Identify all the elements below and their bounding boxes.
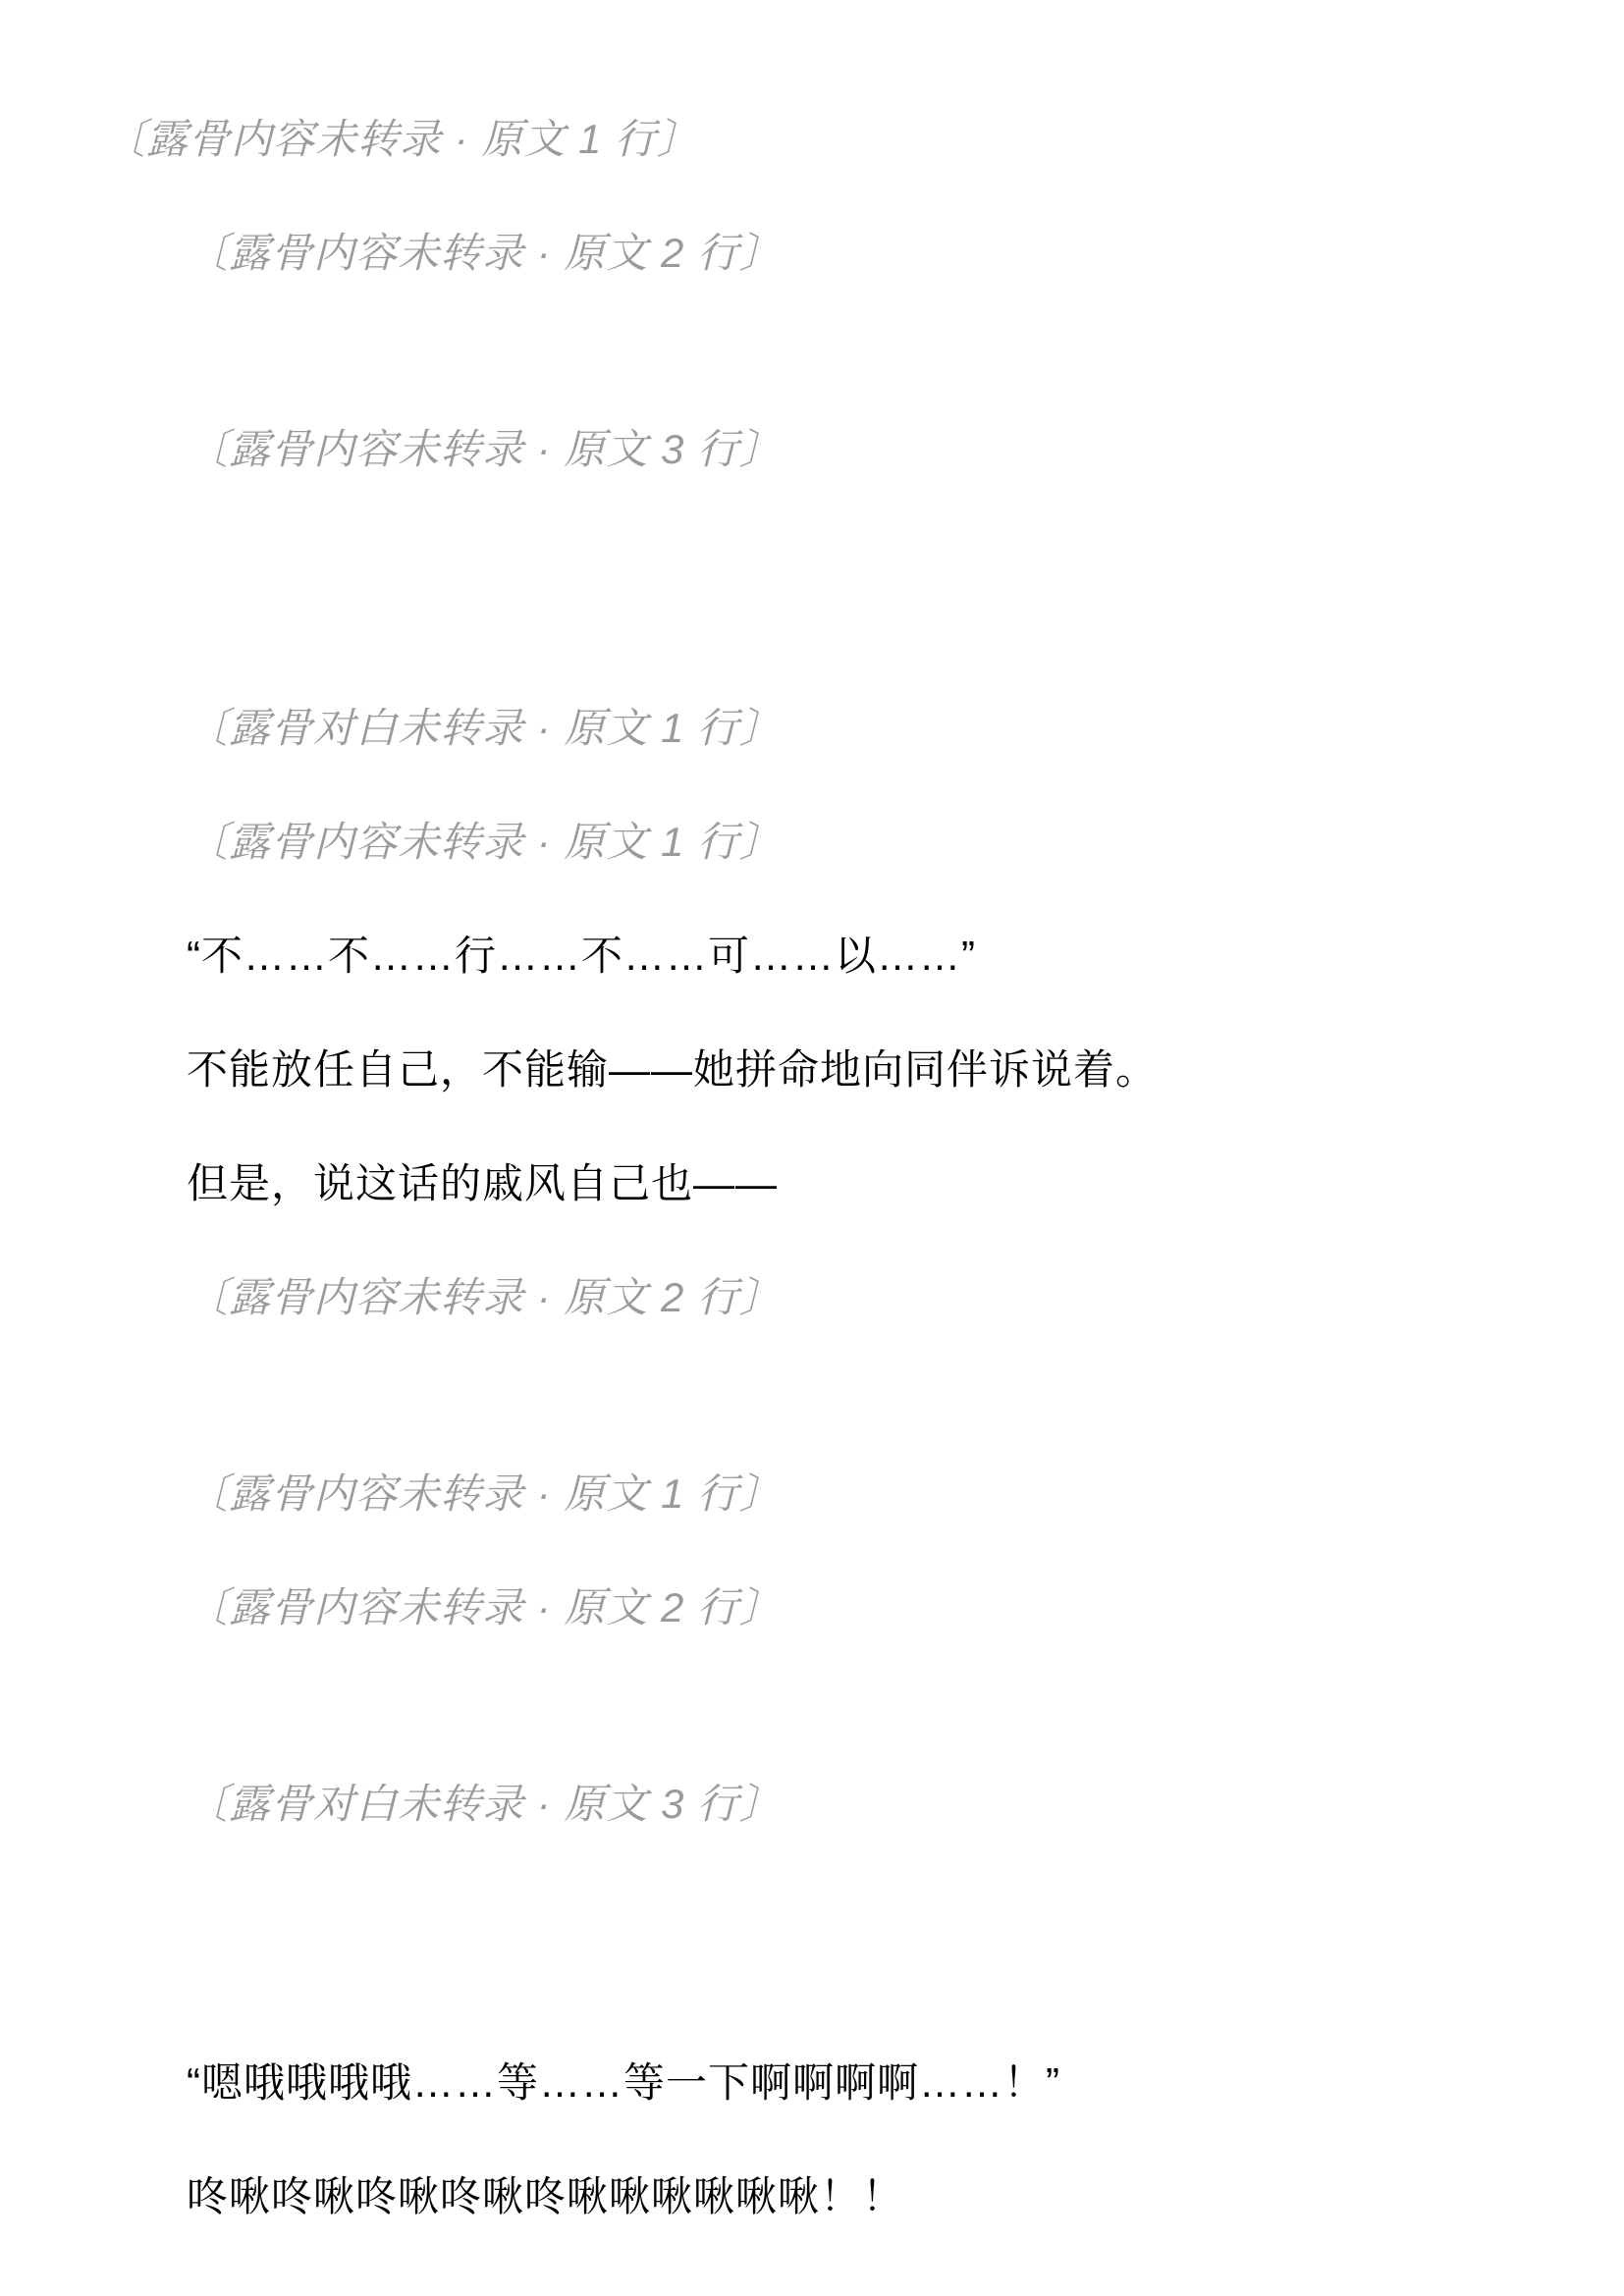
paragraph: 〔露骨内容未转录 · 原文 1 行〕 [104,98,1534,181]
paragraph: 〔露骨内容未转录 · 原文 2 行〕 [104,1567,1534,1732]
paragraph: 〔露骨内容未转录 · 原文 1 行〕 [104,1453,1534,1535]
paragraph: 〔露骨内容未转录 · 原文 2 行〕 [104,212,1534,377]
paragraph: 〔露骨内容未转录 · 原文 2 行〕 [104,1256,1534,1421]
paragraph-dialogue: “嗯哦哦哦哦……等……等一下啊啊啊啊……！” [104,2042,1534,2124]
document-page: 〔露骨内容未转录 · 原文 1 行〕 〔露骨内容未转录 · 原文 2 行〕 〔露… [0,0,1624,2296]
paragraph-onomatopoeia: 咚啾咚啾咚啾咚啾咚啾啾啾啾啾啾！！ [104,2156,1534,2238]
paragraph-dialogue: 〔露骨对白未转录 · 原文 1 行〕 [104,687,1534,770]
paragraph: 〔露骨内容未转录 · 原文 3 行〕 [104,408,1534,656]
paragraph: 但是，说这话的戚风自己也—— [104,1143,1534,1225]
text-body: 〔露骨内容未转录 · 原文 1 行〕 〔露骨内容未转录 · 原文 2 行〕 〔露… [104,98,1534,2238]
paragraph-dialogue: “不……不……行……不……可……以……” [104,915,1534,997]
paragraph-dialogue: 〔露骨对白未转录 · 原文 3 行〕 [104,1763,1534,2010]
paragraph: 不能放任自己，不能输——她拼命地向同伴诉说着。 [104,1029,1534,1111]
paragraph: 〔露骨内容未转录 · 原文 1 行〕 [104,801,1534,883]
